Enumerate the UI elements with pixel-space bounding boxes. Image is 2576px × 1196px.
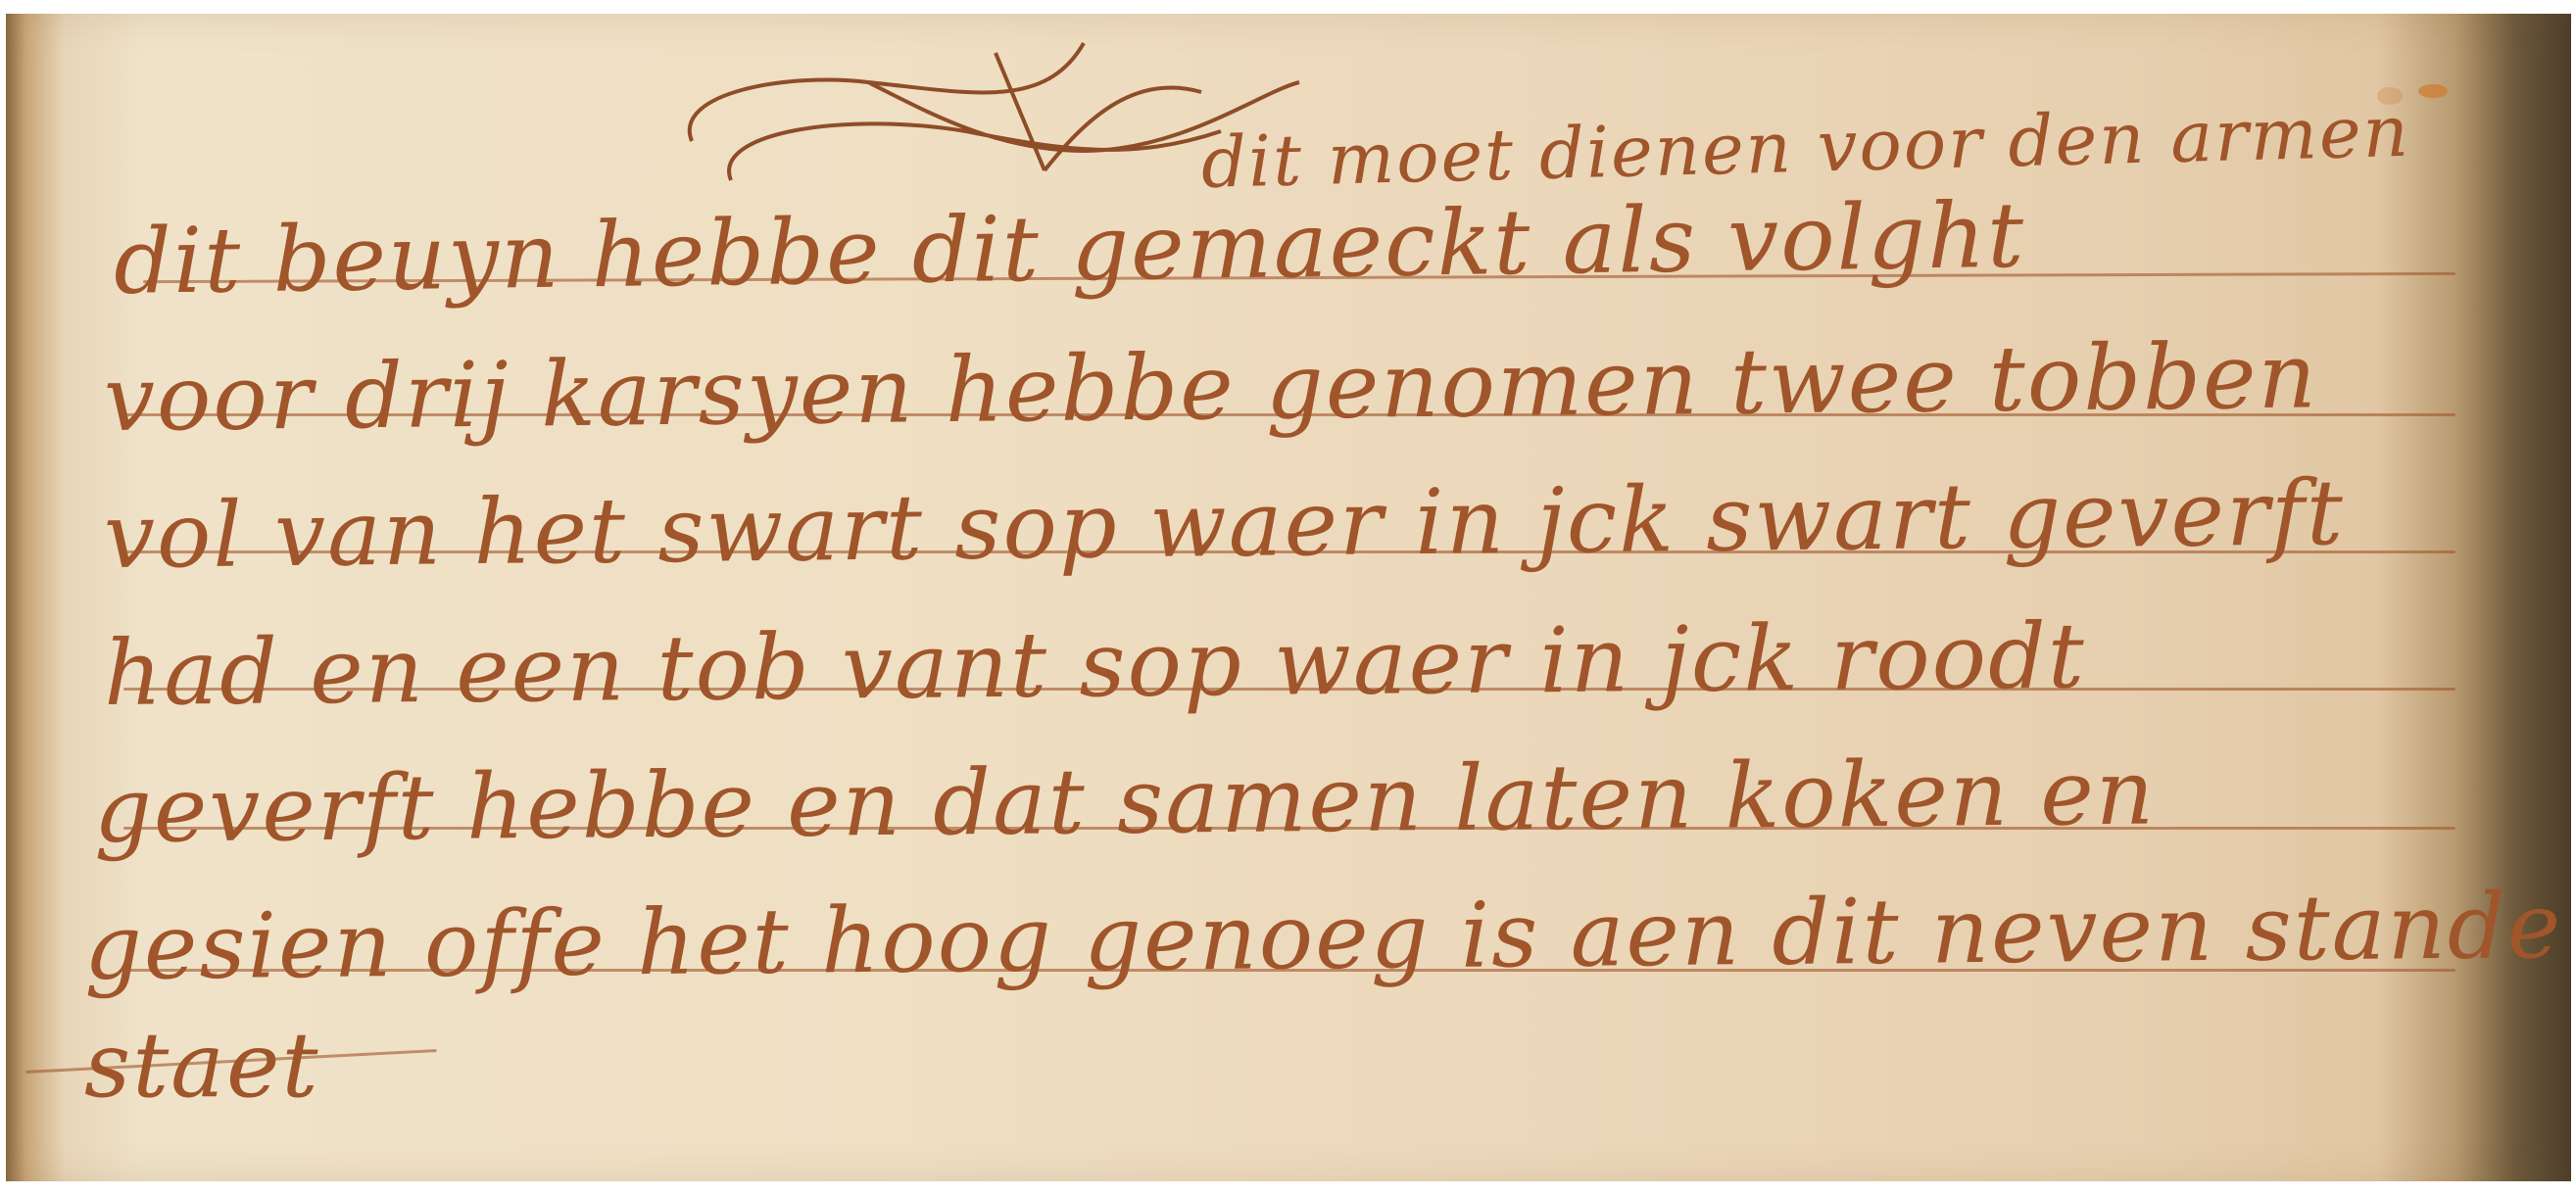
text-line-5: geverft hebbe en dat samen laten koken e… bbox=[94, 741, 2157, 863]
text-line-6: gesien offe het hoog genoeg is aen dit n… bbox=[84, 874, 2563, 1000]
text-line-4: had en een tob vant sop waer in jck rood… bbox=[104, 603, 2087, 726]
text-line-1: dit beuyn hebbe dit gemaeckt als volght bbox=[113, 183, 2026, 314]
ink-stain bbox=[2418, 84, 2448, 98]
text-line-3: vol van het swart sop waer in jck swart … bbox=[103, 460, 2345, 589]
text-line-7: staet bbox=[84, 1013, 319, 1118]
manuscript-page: dit moet dienen voor den armen dit beuyn… bbox=[6, 14, 2571, 1181]
text-line-2: voor drij karsyen hebbe genomen twee tob… bbox=[103, 323, 2318, 452]
